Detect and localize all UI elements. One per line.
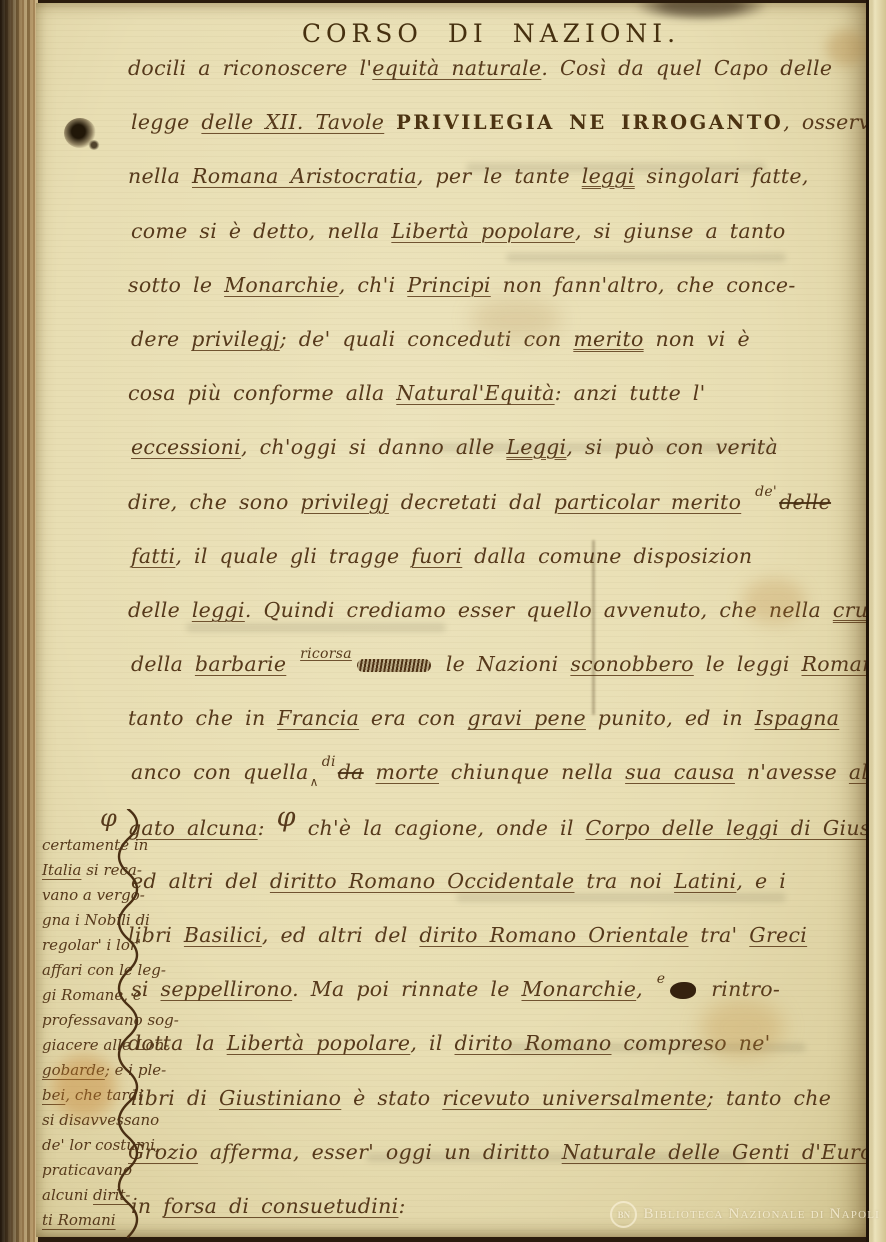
text-run bbox=[384, 110, 396, 134]
text-run: compreso ne' bbox=[612, 1031, 771, 1055]
text-run: professavano sog- bbox=[42, 1011, 179, 1029]
text-run: non vi è bbox=[644, 327, 750, 351]
text-run: punito, ed in bbox=[586, 706, 755, 730]
text-run: , bbox=[636, 977, 655, 1001]
manuscript-line: nella Romana Aristocratia, per le tante … bbox=[128, 149, 860, 203]
text-run bbox=[364, 760, 376, 784]
underlined-word: leggi bbox=[582, 164, 635, 188]
library-watermark: BN Biblioteca Nazionale di Napoli bbox=[610, 1201, 880, 1228]
underlined-word: Ispagna bbox=[755, 706, 840, 730]
library-logo-icon: BN bbox=[610, 1201, 637, 1228]
underlined-word: privilegj bbox=[191, 327, 279, 351]
manuscript-line: legge delle XII. Tavole PRIVILEGIA NE IR… bbox=[131, 95, 860, 149]
text-run bbox=[741, 490, 753, 514]
manuscript-line: come si è detto, nella Libertà popolare,… bbox=[131, 204, 860, 258]
text-run: cosa più conforme alla bbox=[128, 381, 396, 405]
main-text-block: docili a riconoscere l'equità naturale. … bbox=[128, 41, 860, 1233]
text-run: rintro- bbox=[699, 977, 780, 1001]
manuscript-line: libri di Giustiniano è stato ricevuto un… bbox=[131, 1071, 860, 1125]
text-run: , il bbox=[410, 1031, 454, 1055]
manuscript-line: cosa più conforme alla Natural'Equità: a… bbox=[128, 366, 860, 420]
underlined-word: Libertà popolare bbox=[227, 1031, 411, 1055]
underlined-word: eccessioni bbox=[131, 435, 241, 459]
underlined-word: Leggi bbox=[506, 435, 566, 459]
underlined-word: seppellirono bbox=[161, 977, 293, 1001]
manuscript-line: dotta la Libertà popolare, il dirito Rom… bbox=[128, 1016, 860, 1070]
text-run: ; de' quali conceduti con bbox=[280, 327, 574, 351]
paragraph-mark: φ bbox=[277, 791, 296, 845]
underlined-word: ti Romani bbox=[42, 1211, 116, 1229]
underlined-word: particolar merito bbox=[554, 490, 741, 514]
text-run: dire, che sono bbox=[128, 490, 300, 514]
underlined-word: Libertà popolare bbox=[391, 219, 575, 243]
text-run: , si giunse a tanto bbox=[575, 219, 786, 243]
text-run: libri di bbox=[131, 1086, 219, 1110]
underlined-word: Naturale delle Genti d'Europa bbox=[562, 1140, 886, 1164]
text-run: le leggi bbox=[694, 652, 802, 676]
underlined-word: sconobbero bbox=[570, 652, 693, 676]
caret-mark: ∧ bbox=[310, 755, 319, 809]
text-run: singolari fatte, bbox=[635, 164, 809, 188]
inserted-word: de' bbox=[755, 465, 777, 519]
underlined-word: barbarie bbox=[195, 652, 286, 676]
text-run: : bbox=[398, 1194, 405, 1218]
text-run: decretati dal bbox=[389, 490, 554, 514]
inserted-word: di bbox=[322, 735, 336, 789]
struck-word: da bbox=[338, 760, 364, 784]
ink-blot bbox=[670, 982, 696, 999]
underlined-word: merito bbox=[573, 327, 643, 351]
text-run: , ch'oggi si danno alle bbox=[241, 435, 506, 459]
text-run: , ch'i bbox=[339, 273, 408, 297]
text-run: n'avesse bbox=[735, 760, 849, 784]
text-run: delle bbox=[128, 598, 192, 622]
text-run: tra' bbox=[689, 923, 750, 947]
underlined-word: delle XII. Tavole bbox=[201, 110, 384, 134]
underlined-word: dirito Romano bbox=[455, 1031, 612, 1055]
underlined-word: forsa di consuetudini bbox=[163, 1194, 398, 1218]
text-run: giacere alle Lon- bbox=[42, 1036, 169, 1054]
text-run: : anzi tutte l' bbox=[555, 381, 706, 405]
underlined-word: Latini bbox=[674, 869, 736, 893]
manuscript-line: si seppellirono. Ma poi rinnate le Monar… bbox=[131, 962, 860, 1016]
manuscript-page: CORSO DI NAZIONI. docili a riconoscere l… bbox=[36, 3, 866, 1237]
manuscript-line: docili a riconoscere l'equità naturale. … bbox=[128, 41, 860, 95]
text-run: . Quindi crediamo esser quello avvenuto,… bbox=[245, 598, 833, 622]
manuscript-line: fatti, il quale gli tragge fuori dalla c… bbox=[131, 529, 860, 583]
text-run: nella bbox=[128, 164, 192, 188]
underlined-word: Greci bbox=[749, 923, 807, 947]
text-run: : bbox=[258, 816, 277, 840]
text-run: legge bbox=[131, 110, 201, 134]
underlined-word: Corpo delle leggi di Giustiniano bbox=[586, 816, 886, 840]
manuscript-line: libri Basilici, ed altri del dirito Roma… bbox=[128, 908, 860, 962]
underlined-word: Monarchie bbox=[522, 977, 637, 1001]
manuscript-line: sotto le Monarchie, ch'i Principi non fa… bbox=[128, 258, 860, 312]
latin-maxim: PRIVILEGIA NE IRROGANTO bbox=[396, 111, 783, 134]
underlined-word: Francia bbox=[277, 706, 359, 730]
text-run: dere bbox=[131, 327, 191, 351]
text-run: , e i bbox=[736, 869, 786, 893]
book-binding-edge bbox=[0, 0, 38, 1242]
manuscript-line: gato alcuna: φ ch'è la cagione, onde il … bbox=[128, 800, 860, 854]
text-run: della bbox=[131, 652, 195, 676]
text-run: , si può con verità bbox=[566, 435, 778, 459]
manuscript-line: tanto che in Francia era con gravi pene … bbox=[128, 691, 860, 745]
underlined-word: ricevuto universalmente bbox=[442, 1086, 707, 1110]
scribbled-out-word bbox=[357, 659, 431, 672]
underlined-word: Giustiniano bbox=[219, 1086, 341, 1110]
underlined-word: privilegj bbox=[300, 490, 388, 514]
underlined-word: equità naturale bbox=[372, 56, 541, 80]
text-run: , ed altri del bbox=[262, 923, 420, 947]
struck-word: delle bbox=[779, 490, 831, 514]
manuscript-line: anco con quella∧dida morte chiunque nell… bbox=[131, 745, 860, 799]
underlined-word: sua causa bbox=[625, 760, 735, 784]
text-run: dalla comune disposizion bbox=[462, 544, 752, 568]
underlined-word: Romana Aristocratia bbox=[192, 164, 417, 188]
text-run: le Nazioni bbox=[434, 652, 570, 676]
manuscript-line: ed altri del diritto Romano Occidentale … bbox=[131, 854, 860, 908]
underlined-word: Natural'Equità bbox=[396, 381, 554, 405]
underlined-word: diritto Romano Occidentale bbox=[270, 869, 575, 893]
underlined-word: fatti bbox=[131, 544, 175, 568]
text-run: . Così da quel Capo delle bbox=[541, 56, 832, 80]
text-run: tanto che in bbox=[128, 706, 277, 730]
text-run: . Ma poi rinnate le bbox=[292, 977, 521, 1001]
underlined-word: Monarchie bbox=[224, 273, 339, 297]
underlined-word: fuori bbox=[411, 544, 462, 568]
manuscript-line: delle leggi. Quindi crediamo esser quell… bbox=[128, 583, 860, 637]
text-run: chiunque nella bbox=[439, 760, 625, 784]
text-run: , il quale gli tragge bbox=[175, 544, 411, 568]
text-run: non fann'altro, che conce- bbox=[491, 273, 796, 297]
margin-brace-icon bbox=[114, 809, 144, 1241]
text-run: afferma, esser' oggi un diritto bbox=[198, 1140, 562, 1164]
manuscript-line: Grozio afferma, esser' oggi un diritto N… bbox=[128, 1125, 860, 1179]
underlined-word: gobarde bbox=[42, 1061, 105, 1079]
underlined-word: Principi bbox=[407, 273, 490, 297]
text-run: anco con quella bbox=[131, 760, 309, 784]
inserted-word: ricorsa bbox=[300, 627, 352, 681]
manuscript-line: dire, che sono privilegj decretati dal p… bbox=[128, 475, 860, 529]
manuscript-line: della barbarie ricorsa le Nazioni sconob… bbox=[131, 637, 860, 691]
underlined-word: bei bbox=[42, 1086, 65, 1104]
text-run bbox=[286, 652, 298, 676]
text-run: tra noi bbox=[575, 869, 675, 893]
manuscript-line: eccessioni, ch'oggi si danno alle Leggi,… bbox=[131, 420, 860, 474]
text-run: affari con le leg- bbox=[42, 961, 166, 979]
text-run: è stato bbox=[341, 1086, 442, 1110]
underlined-word: Italia bbox=[42, 861, 81, 879]
inserted-word: e bbox=[657, 952, 666, 1006]
manuscript-scan: CORSO DI NAZIONI. docili a riconoscere l… bbox=[0, 0, 886, 1242]
text-run: alcuni bbox=[42, 1186, 93, 1204]
underlined-word: gravi pene bbox=[468, 706, 586, 730]
text-run: ch'è la cagione, onde il bbox=[296, 816, 586, 840]
underlined-word: dirito Romano Orientale bbox=[419, 923, 688, 947]
text-run: ed altri del bbox=[131, 869, 270, 893]
text-run: sotto le bbox=[128, 273, 224, 297]
text-run: era con bbox=[359, 706, 467, 730]
underlined-word: leggi bbox=[192, 598, 245, 622]
manuscript-line: dere privilegj; de' quali conceduti con … bbox=[131, 312, 860, 366]
text-run: , per le tante bbox=[417, 164, 582, 188]
underlined-word: morte bbox=[376, 760, 439, 784]
text-run: come si è detto, nella bbox=[131, 219, 391, 243]
watermark-label: Biblioteca Nazionale di Napoli bbox=[643, 1206, 880, 1223]
adjacent-page-edge bbox=[866, 0, 886, 1242]
underlined-word: Basilici bbox=[184, 923, 262, 947]
text-run: ; tanto che bbox=[707, 1086, 831, 1110]
text-run: docili a riconoscere l' bbox=[128, 56, 372, 80]
